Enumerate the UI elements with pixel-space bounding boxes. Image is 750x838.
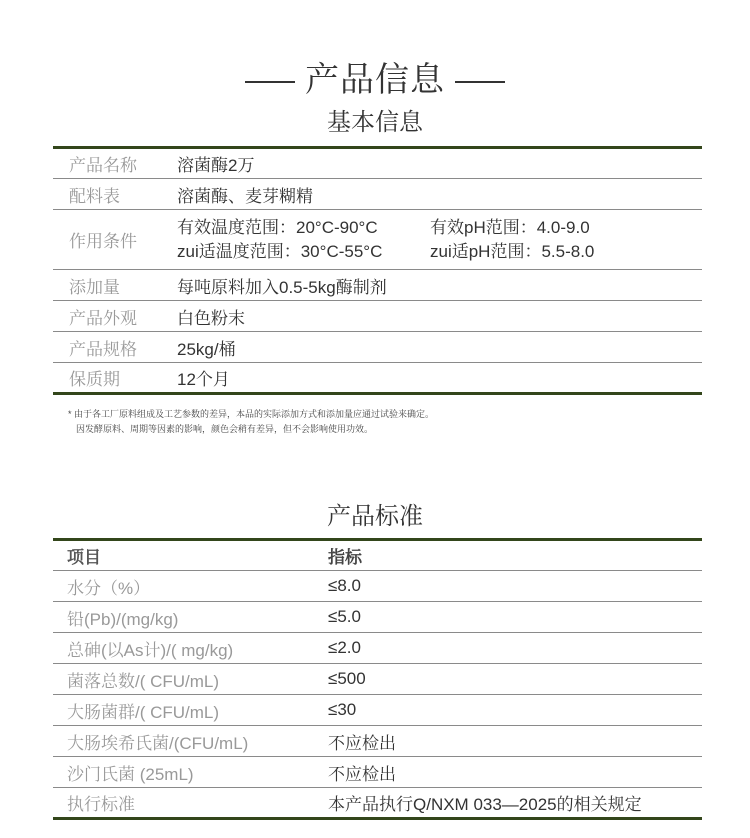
index-cell: ≤5.0 [328,602,702,633]
row-label: 添加量 [53,270,177,301]
item-cell: 总砷(以As计)/( mg/kg) [53,633,328,664]
item-cell: 铅(Pb)/(mg/kg) [53,602,328,633]
table-row: 产品规格 25kg/桶 [53,332,702,363]
column-header-index: 指标 [328,540,702,571]
table-row: 大肠菌群/( CFU/mL) ≤30 [53,695,702,726]
footnote-line-1: * 由于各工厂原料组成及工艺参数的差异，本品的实际添加方式和添加量应通过试验来确… [68,407,434,422]
section-title-basic-info: 基本信息 [0,102,750,137]
row-value: 溶菌酶2万 [177,148,702,179]
table-row: 大肠埃希氏菌/(CFU/mL) 不应检出 [53,726,702,757]
basic-info-table: 产品名称 溶菌酶2万 配料表 溶菌酶、麦芽糊精 作用条件 有效温度范围：20°C… [53,146,702,395]
table-row: 沙门氏菌 (25mL) 不应检出 [53,757,702,788]
table-row: 添加量 每吨原料加入0.5-5kg酶制剂 [53,270,702,301]
ph-effective: 有效pH范围：4.0-9.0 [430,216,594,240]
table-row: 铅(Pb)/(mg/kg) ≤5.0 [53,602,702,633]
index-cell: ≤30 [328,695,702,726]
row-label: 产品名称 [53,148,177,179]
row-value: 溶菌酶、麦芽糊精 [177,179,702,210]
footnote: * 由于各工厂原料组成及工艺参数的差异，本品的实际添加方式和添加量应通过试验来确… [68,407,434,437]
index-cell: ≤2.0 [328,633,702,664]
row-label: 配料表 [53,179,177,210]
item-cell: 沙门氏菌 (25mL) [53,757,328,788]
section-title-standards: 产品标准 [0,496,750,531]
item-cell: 大肠菌群/( CFU/mL) [53,695,328,726]
temp-optimal: zui适温度范围：30°C-55°C [177,240,430,264]
page-title: 产品信息 [0,52,750,101]
item-cell: 执行标准 [53,788,328,819]
table-row: 执行标准 本产品执行Q/NXM 033—2025的相关规定 [53,788,702,819]
item-cell: 水分（%） [53,571,328,602]
index-cell: ≤8.0 [328,571,702,602]
title-dash-left [245,81,295,83]
row-label: 作用条件 [53,210,177,270]
index-cell: 本产品执行Q/NXM 033—2025的相关规定 [328,788,702,819]
row-label: 保质期 [53,363,177,394]
row-value: 12个月 [177,363,702,394]
index-cell: ≤500 [328,664,702,695]
row-value: 每吨原料加入0.5-5kg酶制剂 [177,270,702,301]
table-row: 菌落总数/( CFU/mL) ≤500 [53,664,702,695]
row-value: 25kg/桶 [177,332,702,363]
table-row: 保质期 12个月 [53,363,702,394]
ph-optimal: zui适pH范围：5.5-8.0 [430,240,594,264]
table-row: 产品外观 白色粉末 [53,301,702,332]
row-label: 产品外观 [53,301,177,332]
row-label: 产品规格 [53,332,177,363]
table-row: 水分（%） ≤8.0 [53,571,702,602]
table-row: 配料表 溶菌酶、麦芽糊精 [53,179,702,210]
item-cell: 菌落总数/( CFU/mL) [53,664,328,695]
item-cell: 大肠埃希氏菌/(CFU/mL) [53,726,328,757]
index-cell: 不应检出 [328,757,702,788]
table-row: 作用条件 有效温度范围：20°C-90°C zui适温度范围：30°C-55°C… [53,210,702,270]
table-row: 产品名称 溶菌酶2万 [53,148,702,179]
column-header-item: 项目 [53,540,328,571]
title-dash-right [455,81,505,83]
conditions-cell: 有效温度范围：20°C-90°C zui适温度范围：30°C-55°C 有效pH… [177,210,702,270]
table-header-row: 项目 指标 [53,540,702,571]
index-cell: 不应检出 [328,726,702,757]
table-row: 总砷(以As计)/( mg/kg) ≤2.0 [53,633,702,664]
standards-table: 项目 指标 水分（%） ≤8.0 铅(Pb)/(mg/kg) ≤5.0 总砷(以… [53,538,702,820]
footnote-line-2: 因发酵原料、周期等因素的影响，颜色会稍有差异，但不会影响使用功效。 [68,422,434,437]
row-value: 白色粉末 [177,301,702,332]
temp-effective: 有效温度范围：20°C-90°C [177,216,430,240]
